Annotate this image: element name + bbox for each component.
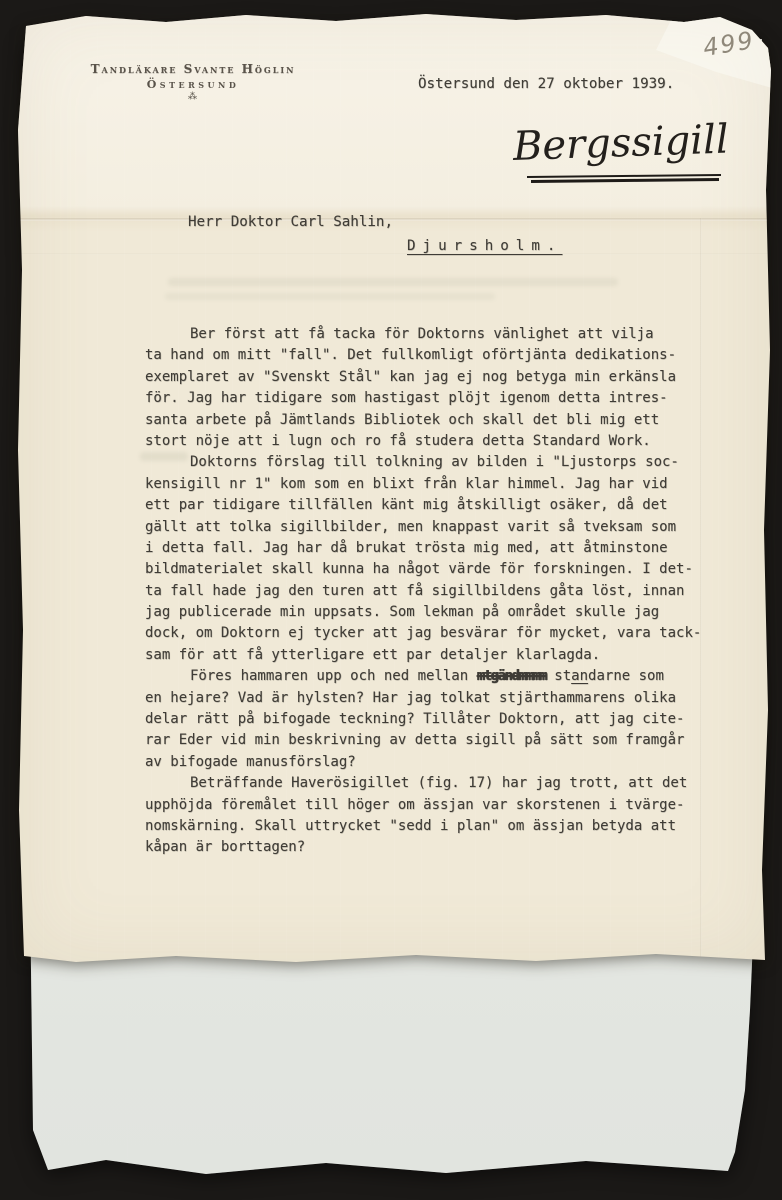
body-line: santa arbete på Jämtlands Bibliotek och … xyxy=(145,410,745,431)
body-line: ett par tidigare tillfällen känt mig åts… xyxy=(145,495,745,516)
body-line: sam för att få ytterligare ett par detal… xyxy=(145,645,745,666)
text-segment: delar rätt på bifogade teckning? Tillåte… xyxy=(145,711,684,727)
body-line: kåpan är borttagen? xyxy=(145,837,745,858)
body-line: Beträffande Haverösigillet (fig. 17) har… xyxy=(145,773,745,794)
archival-number: 499 xyxy=(701,26,757,62)
letterhead-name: Tandläkare Svante Höglin xyxy=(68,62,318,76)
text-segment: rar Eder vid min beskrivning av detta si… xyxy=(145,732,684,748)
letterhead-city: Östersund xyxy=(68,78,318,91)
scan-background: Tandläkare Svante Höglin Östersund ⁂ Öst… xyxy=(0,0,782,1200)
text-segment: st xyxy=(546,668,571,684)
body-line: gällt att tolka sigillbilder, men knappa… xyxy=(145,517,745,538)
body-line: en hejare? Vad är hylsten? Har jag tolka… xyxy=(145,688,745,709)
letter-body: Ber först att få tacka för Doktorns vänl… xyxy=(145,324,745,859)
text-segment: exemplaret av "Svenskt Stål" kan jag ej … xyxy=(145,369,676,385)
body-line: rar Eder vid min beskrivning av detta si… xyxy=(145,730,745,751)
body-line: nomskärning. Skall uttrycket "sedd i pla… xyxy=(145,816,745,837)
letter-sheet-wrap: Tandläkare Svante Höglin Östersund ⁂ Öst… xyxy=(16,10,772,966)
text-segment: i detta fall. Jag har då brukat trösta m… xyxy=(145,540,668,556)
fold-crease-top xyxy=(16,218,772,221)
body-line: exemplaret av "Svenskt Stål" kan jag ej … xyxy=(145,367,745,388)
body-line: Doktorns förslag till tolkning av bilden… xyxy=(145,452,745,473)
body-line: dock, om Doktorn ej tycker att jag besvä… xyxy=(145,623,745,644)
body-line: stort nöje att i lugn och ro få studera … xyxy=(145,431,745,452)
text-segment: Beträffande Haverösigillet (fig. 17) har… xyxy=(190,775,687,791)
fold-crease-second xyxy=(16,253,772,255)
recipient-city: Djursholm. xyxy=(407,238,562,254)
text-segment: Ber först att få tacka för Doktorns vänl… xyxy=(190,326,654,342)
struck-overtyped-word: mtgändmmmm xyxy=(477,668,546,684)
text-segment: kensigill nr 1" kom som en blixt från kl… xyxy=(145,476,668,492)
ink-bleedthrough-smudge xyxy=(165,293,495,300)
body-line: av bifogade manusförslag? xyxy=(145,752,745,773)
recipient-name: Herr Doktor Carl Sahlin, xyxy=(188,214,393,230)
text-segment: nomskärning. Skall uttrycket "sedd i pla… xyxy=(145,818,676,834)
text-segment: ta fall hade jag den turen att få sigill… xyxy=(145,583,684,599)
ink-bleedthrough-smudge xyxy=(168,278,618,286)
letterhead-ornament-icon: ⁂ xyxy=(68,92,318,102)
text-segment: en hejare? Vad är hylsten? Har jag tolka… xyxy=(145,690,676,706)
body-line: i detta fall. Jag har då brukat trösta m… xyxy=(145,538,745,559)
text-segment: ett par tidigare tillfällen känt mig åts… xyxy=(145,497,668,513)
body-line: ta hand om mitt "fall". Det fullkomligt … xyxy=(145,345,745,366)
text-segment: dock, om Doktorn ej tycker att jag besvä… xyxy=(145,625,701,641)
text-segment: av bifogade manusförslag? xyxy=(145,754,356,770)
text-segment: för. Jag har tidigare som hastigast plöj… xyxy=(145,390,668,406)
handwritten-annotation: Bergssigill xyxy=(512,116,743,170)
date-line: Östersund den 27 oktober 1939. xyxy=(418,76,674,92)
text-segment: bildmaterialet skall kunna ha något värd… xyxy=(145,561,693,577)
text-segment: Föres hammaren upp och ned mellan xyxy=(190,668,477,684)
text-segment: Doktorns förslag till tolkning av bilden… xyxy=(190,454,679,470)
text-segment: stort nöje att i lugn och ro få studera … xyxy=(145,433,651,449)
text-segment: sam för att få ytterligare ett par detal… xyxy=(145,647,600,663)
body-line: Föres hammaren upp och ned mellan mtgänd… xyxy=(145,666,745,687)
text-segment: upphöjda föremålet till höger om ässjan … xyxy=(145,797,684,813)
body-line: delar rätt på bifogade teckning? Tillåte… xyxy=(145,709,745,730)
underlined-text: an xyxy=(571,668,588,684)
text-segment: darne som xyxy=(588,668,664,684)
text-segment: santa arbete på Jämtlands Bibliotek och … xyxy=(145,412,659,428)
letter-sheet: Tandläkare Svante Höglin Östersund ⁂ Öst… xyxy=(16,10,772,966)
text-segment: jag publicerade min uppsats. Som lekman … xyxy=(145,604,659,620)
text-segment: kåpan är borttagen? xyxy=(145,839,305,855)
body-line: ta fall hade jag den turen att få sigill… xyxy=(145,581,745,602)
body-line: jag publicerade min uppsats. Som lekman … xyxy=(145,602,745,623)
annotation-underline xyxy=(531,178,719,183)
text-segment: gällt att tolka sigillbilder, men knappa… xyxy=(145,519,676,535)
body-line: upphöjda föremålet till höger om ässjan … xyxy=(145,795,745,816)
body-line: bildmaterialet skall kunna ha något värd… xyxy=(145,559,745,580)
body-line: kensigill nr 1" kom som en blixt från kl… xyxy=(145,474,745,495)
text-segment: ta hand om mitt "fall". Det fullkomligt … xyxy=(145,347,676,363)
letterhead: Tandläkare Svante Höglin Östersund ⁂ xyxy=(68,62,318,102)
body-line: Ber först att få tacka för Doktorns vänl… xyxy=(145,324,745,345)
body-line: för. Jag har tidigare som hastigast plöj… xyxy=(145,388,745,409)
